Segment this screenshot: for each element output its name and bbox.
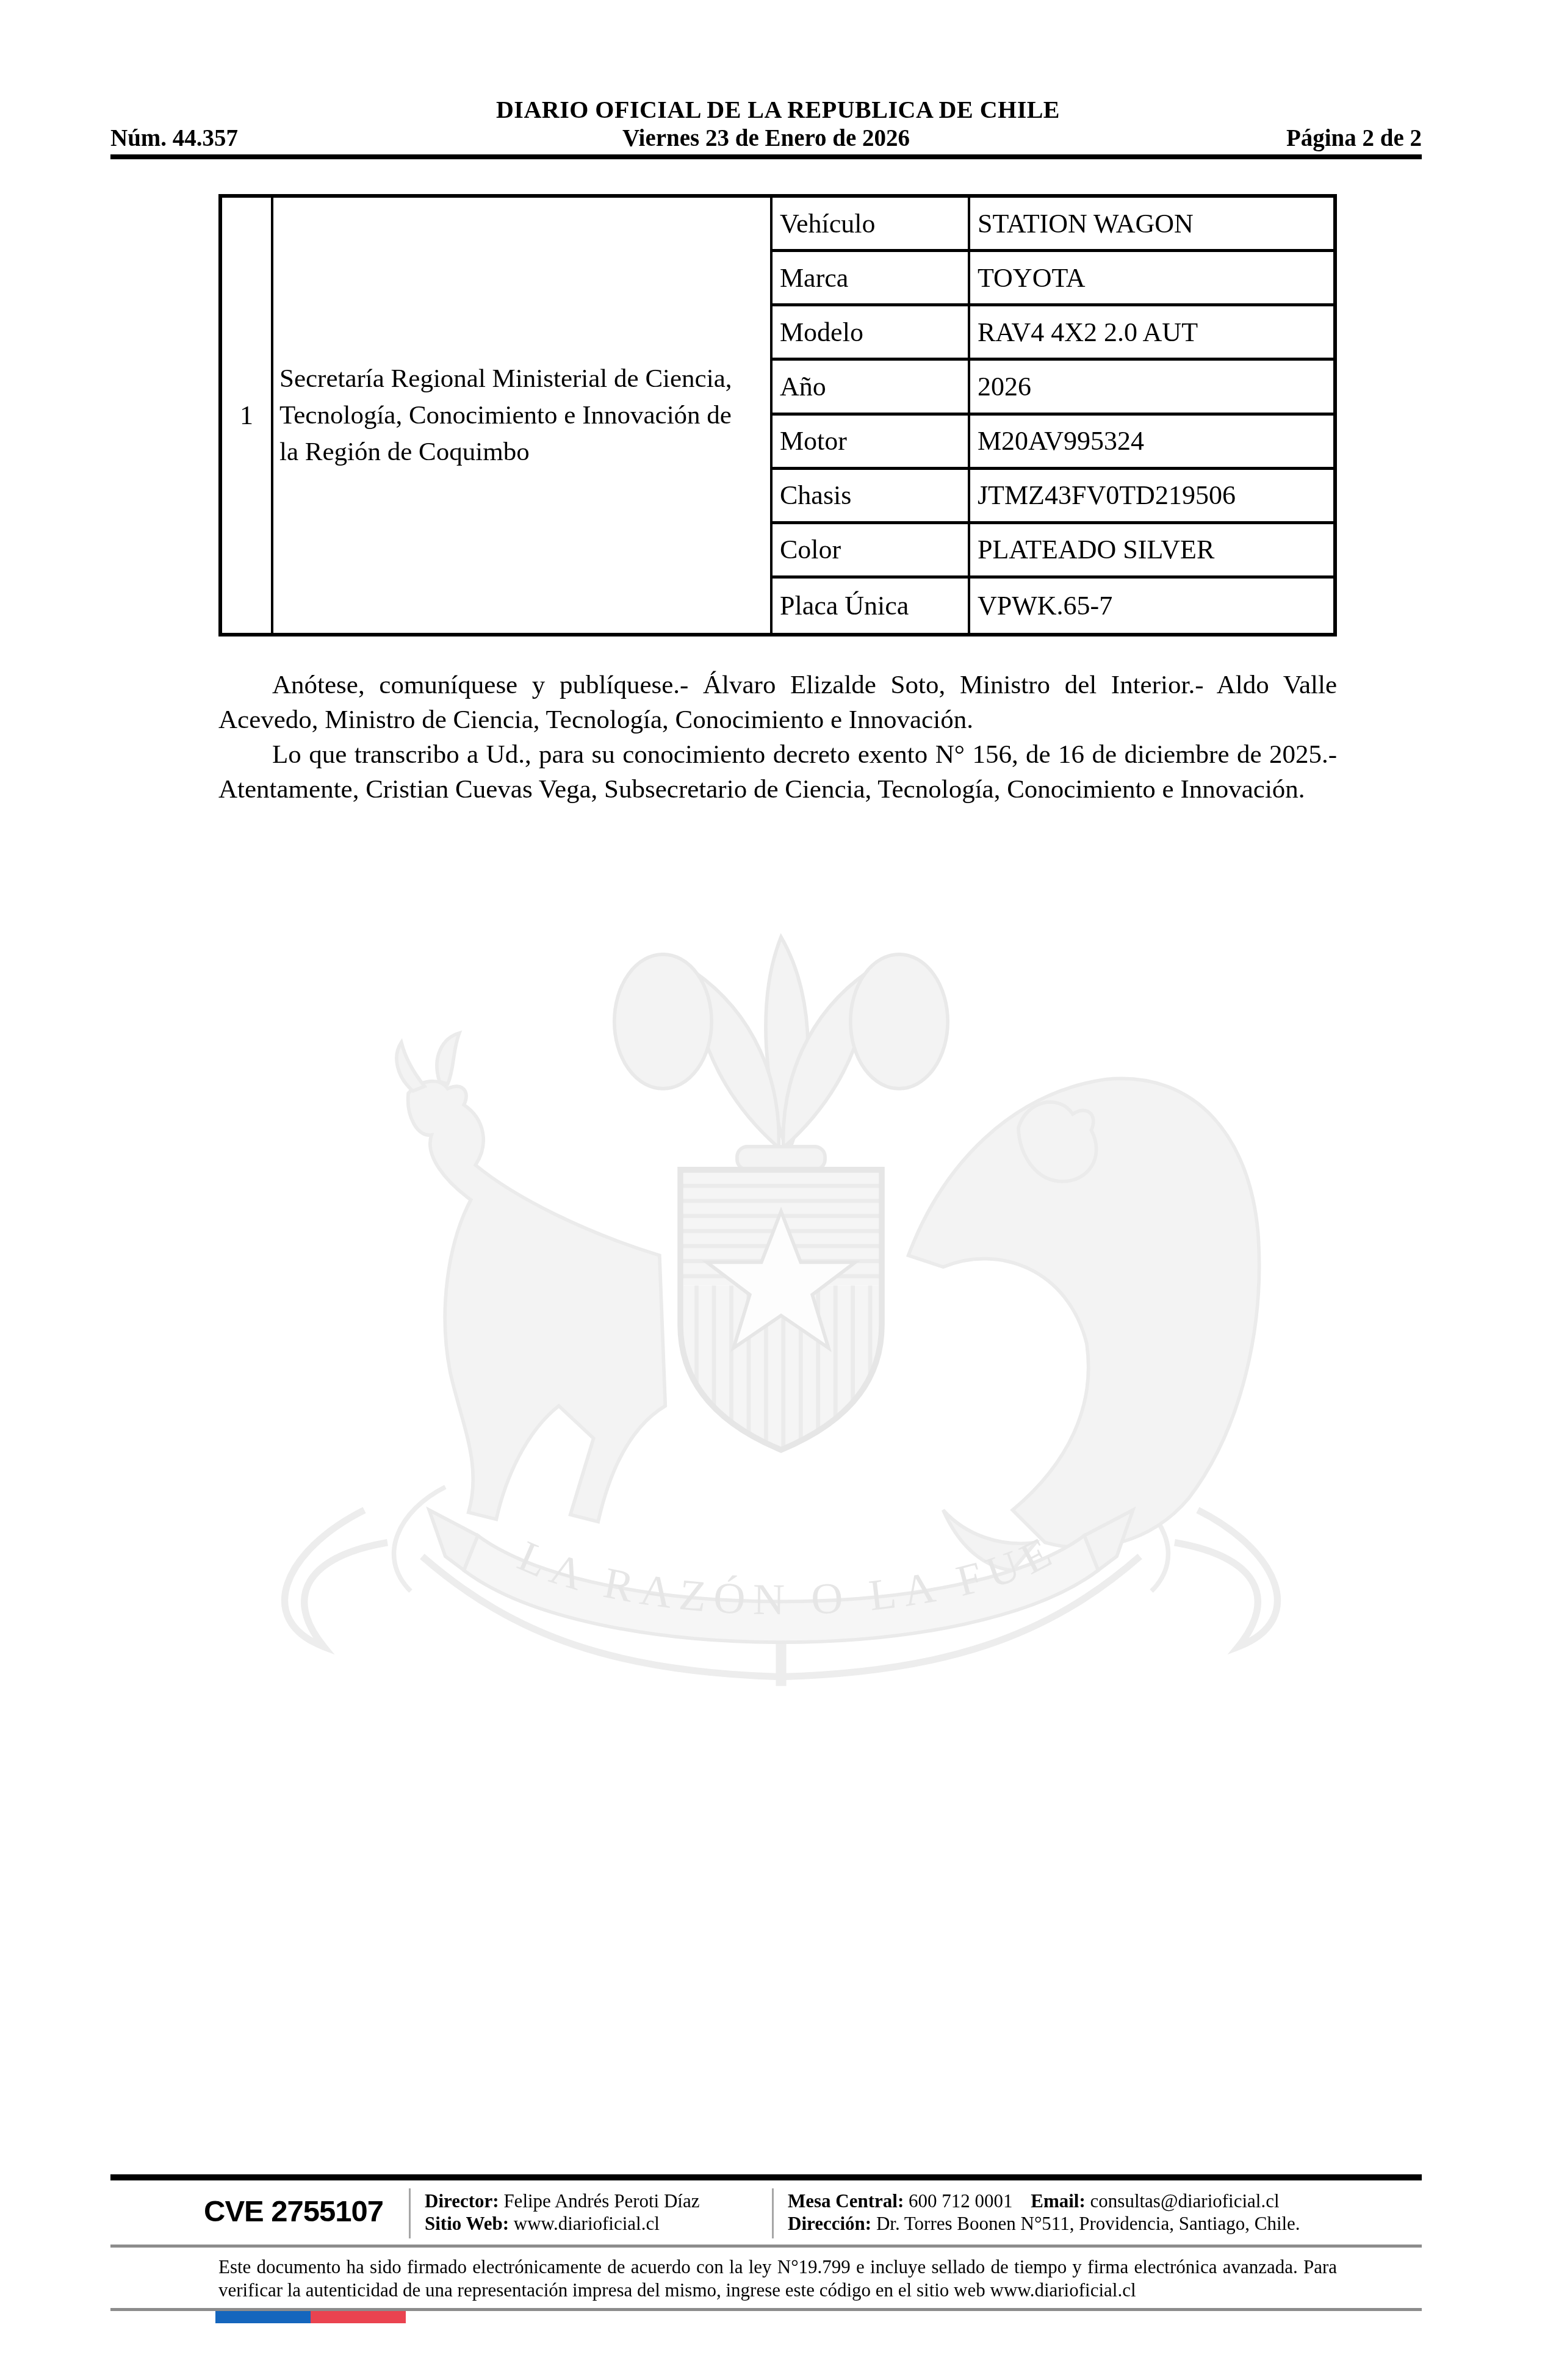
footer-director-block: Director: Felipe Andrés Peroti Díaz Siti… [425,2190,700,2235]
director-label: Director: [425,2190,499,2212]
header-rule [110,154,1422,159]
paragraph-anotese: Anótese, comuníquese y publíquese.- Álva… [218,668,1337,737]
field-value: 2026 [970,361,1333,415]
address-label: Dirección: [788,2213,871,2234]
field-value: STATION WAGON [970,198,1333,252]
phone-label: Mesa Central: [788,2190,904,2212]
field-label: Vehículo [773,198,970,252]
gazette-page: DIARIO OFICIAL DE LA REPUBLICA DE CHILE … [0,0,1556,2380]
entity-line: Secretaría Regional Ministerial de Cienc… [279,361,770,397]
footer-divider [772,2188,774,2238]
condor-supporter [909,1078,1259,1570]
flag-blue-segment [215,2311,311,2323]
address-value: Dr. Torres Boonen N°511, Providencia, Sa… [876,2213,1300,2234]
crest-plumes [614,937,948,1169]
table-row-number: 1 [222,198,273,633]
issue-date: Viernes 23 de Enero de 2026 [110,124,1422,152]
huemul-supporter [397,1033,665,1522]
field-value: PLATEADO SILVER [970,524,1333,579]
footer-gray-rule [110,2245,1422,2248]
coat-of-arms-watermark: POR LA RAZÓN O LA FUERZA [183,908,1379,1695]
field-label: Chasis [773,470,970,524]
website-label: Sitio Web: [425,2213,509,2234]
field-value: RAV4 4X2 2.0 AUT [970,306,1333,361]
website-url: www.diarioficial.cl [514,2213,660,2234]
email-address: consultas@diarioficial.cl [1090,2190,1280,2212]
footer-divider [409,2188,411,2238]
field-label: Modelo [773,306,970,361]
shield [680,1170,882,1450]
header-meta-row: Núm. 44.357 Viernes 23 de Enero de 2026 … [110,124,1422,153]
legal-notice: Este documento ha sido firmado electróni… [218,2256,1337,2302]
field-label: Motor [773,416,970,470]
footer-top-rule [110,2174,1422,2180]
paragraph-transcribo: Lo que transcribo a Ud., para su conocim… [218,737,1337,807]
entity-name-cell: Secretaría Regional Ministerial de Cienc… [273,198,773,633]
flag-red-segment [311,2311,406,2323]
chile-flag-mark [215,2311,406,2323]
field-label: Color [773,524,970,579]
director-line: Director: Felipe Andrés Peroti Díaz [425,2190,700,2212]
field-value: M20AV995324 [970,416,1333,470]
field-value: JTMZ43FV0TD219506 [970,470,1333,524]
footer-contact-block: Mesa Central: 600 712 0001 Email: consul… [788,2190,1300,2235]
decree-text: Anótese, comuníquese y publíquese.- Álva… [218,668,1337,807]
page-title: DIARIO OFICIAL DE LA REPUBLICA DE CHILE [0,95,1556,124]
vehicle-table: 1 Secretaría Regional Ministerial de Cie… [218,194,1337,636]
field-label: Placa Única [773,579,970,633]
entity-line: Tecnología, Conocimiento e Innovación de [279,397,770,434]
field-label: Año [773,361,970,415]
email-label: Email: [1031,2190,1086,2212]
field-value: VPWK.65-7 [970,579,1333,633]
entity-line: la Región de Coquimbo [279,434,770,471]
phone-email-line: Mesa Central: 600 712 0001 Email: consul… [788,2190,1300,2212]
director-name: Felipe Andrés Peroti Díaz [503,2190,699,2212]
phone-number: 600 712 0001 [909,2190,1013,2212]
page-indicator: Página 2 de 2 [1286,124,1422,152]
cve-code: CVE 2755107 [204,2194,383,2229]
field-value: TOYOTA [970,252,1333,306]
field-label: Marca [773,252,970,306]
website-line: Sitio Web: www.diarioficial.cl [425,2212,700,2235]
address-line: Dirección: Dr. Torres Boonen N°511, Prov… [788,2212,1300,2235]
